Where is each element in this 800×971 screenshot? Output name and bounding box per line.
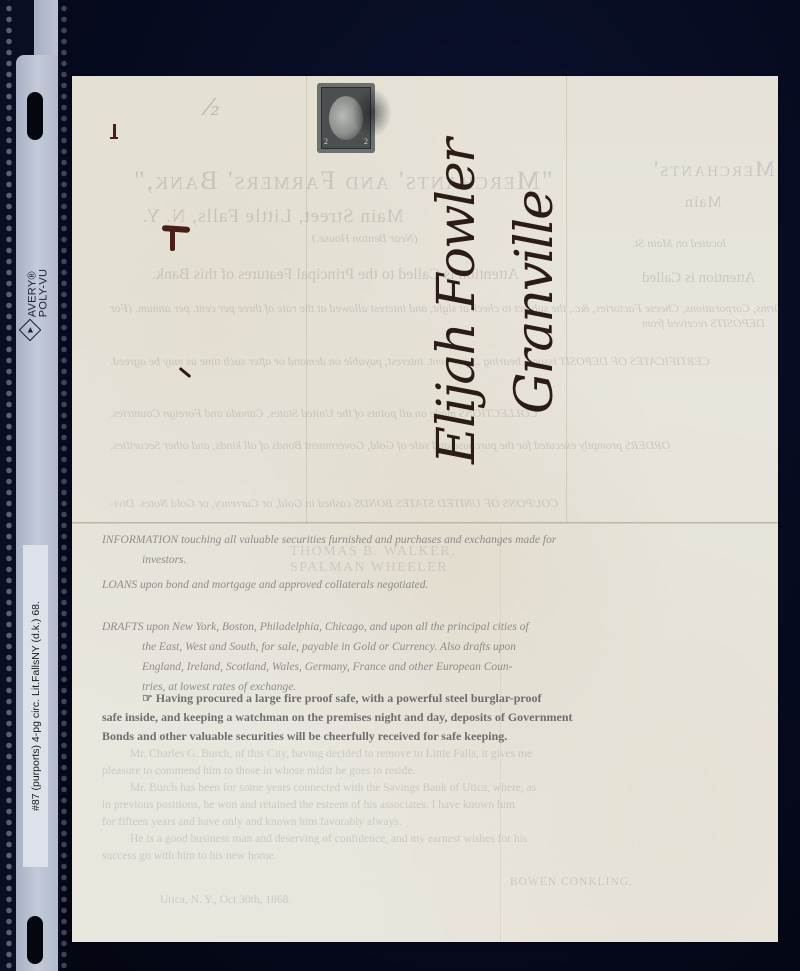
show-through-right-main: Main <box>684 194 722 212</box>
safe-line-3: Bonds and other valuable securities will… <box>102 729 507 744</box>
sleeve-label: #87 (purports) 4-pg circ. Lit.FallsNY (d… <box>23 545 48 867</box>
recommendation-line-1: Mr. Charles G. Burch, of this City, havi… <box>130 748 532 760</box>
recommendation-date: Utica, N. Y., Oct 30th, 1868. <box>160 894 291 906</box>
show-through-right-deposits: DEPOSITS received from <box>642 316 765 331</box>
address-name: Elijah Fowler <box>427 140 487 464</box>
show-through-certificates: CERTIFICATES OF DEPOSIT issued, bearing … <box>110 354 710 369</box>
sleeve-slot-bottom <box>27 916 43 964</box>
signer-2: SPALMAN WHEELER <box>290 560 448 576</box>
stamp-denomination: 2 <box>364 137 368 146</box>
binder-perforations <box>2 0 16 971</box>
stamp-denomination: 2 <box>324 137 328 146</box>
pencil-notation: ⁄₂ <box>207 96 220 121</box>
binder-perforations-inner <box>58 0 70 971</box>
docket-mark-t-bar <box>162 225 190 233</box>
show-through-subtitle: Main Street, Little Falls, N. Y. <box>142 206 404 228</box>
show-through-orders: ORDERS promptly executed for the purchas… <box>110 438 670 453</box>
sleeve-tab-top <box>34 0 58 60</box>
postal-cover-document: "Merchants' and Farmers' Bank," Main Str… <box>72 76 778 942</box>
signer-1: THOMAS B. WALKER, <box>290 544 456 560</box>
docket-mark-1-base <box>110 137 118 139</box>
address-town: Granville <box>505 191 565 414</box>
recommendation-line-5: for fifteen years and have only and know… <box>102 816 402 828</box>
recommendation-signature: BOWEN CONKLING. <box>510 876 633 888</box>
recommendation-line-7: success go with him to his new home. <box>102 850 276 862</box>
show-through-right-title: "Merchants' <box>652 156 778 182</box>
sleeve-slot-top <box>27 92 43 140</box>
fold-line <box>72 522 778 525</box>
drafts-line-3: England, Ireland, Scotland, Wales, Germa… <box>142 661 513 673</box>
show-through-right-located: located on Main St. <box>632 236 726 251</box>
drafts-line-2: the East, West and South, for sale, paya… <box>142 641 516 653</box>
cork-cancel-mark <box>352 88 392 138</box>
pointing-hand-icon: ☞ <box>142 691 156 705</box>
fold-line <box>566 76 568 523</box>
show-through-coupons: COUPONS OF UNITED STATES BONDS cashed in… <box>110 496 558 511</box>
loans-line: LOANS upon bond and mortgage and approve… <box>102 579 428 591</box>
drafts-line-1: DRAFTS upon New York, Boston, Philadelph… <box>102 621 529 633</box>
recommendation-line-3: Mr. Burch has been for some years connec… <box>130 782 536 794</box>
information-cont: investors. <box>142 554 186 566</box>
show-through-right-attention: Attention is Called <box>642 270 755 287</box>
recommendation-line-4: in previous positions, he won and retain… <box>102 799 515 811</box>
show-through-located: (Near Benton House.) <box>312 231 418 246</box>
safe-line-1: ☞ Having procured a large fire proof saf… <box>142 691 542 706</box>
show-through-title: "Merchants' and Farmers' Bank," <box>132 166 553 196</box>
sleeve-label-text: #87 (purports) 4-pg circ. Lit.FallsNY (d… <box>30 601 42 811</box>
recommendation-line-2: pleasure to commend him to those in whos… <box>102 765 415 777</box>
fold-line <box>306 76 308 523</box>
brand-line2: POLY-VU <box>38 269 49 318</box>
docket-mark-t-stem <box>170 229 175 251</box>
safe-line-2: safe inside, and keeping a watchman on t… <box>102 710 573 725</box>
recommendation-line-6: He is a good business man and deserving … <box>130 833 527 845</box>
